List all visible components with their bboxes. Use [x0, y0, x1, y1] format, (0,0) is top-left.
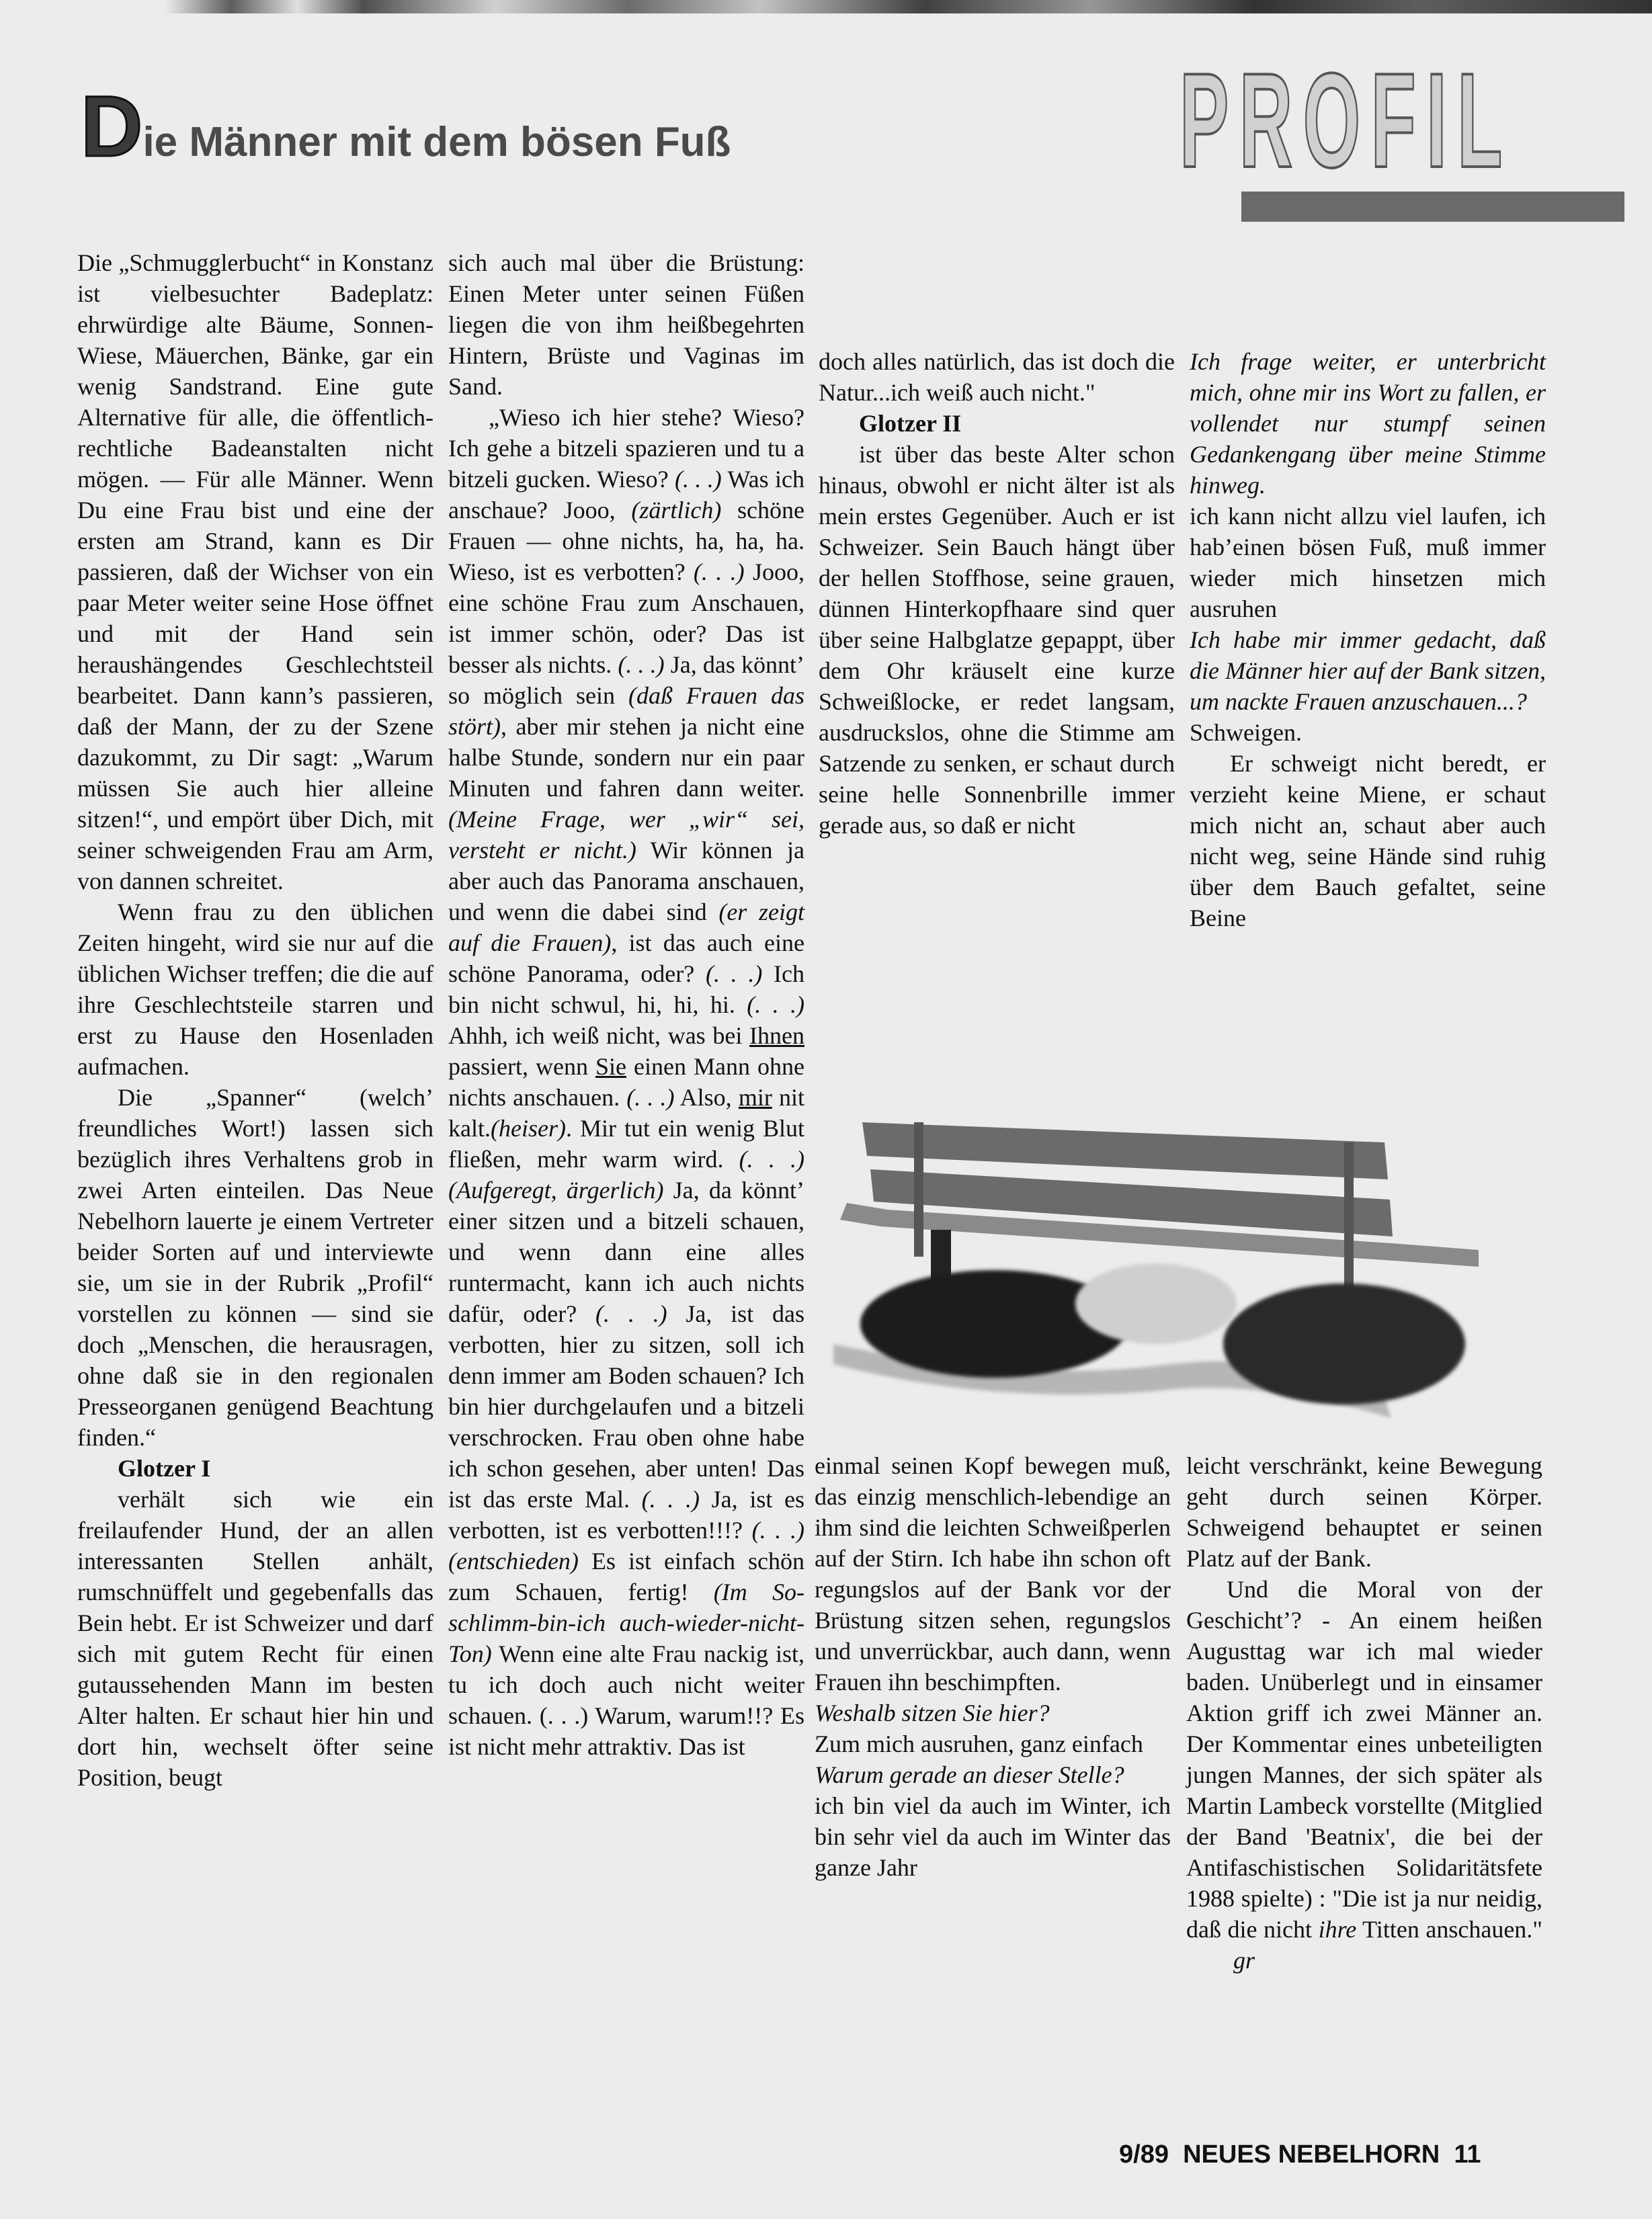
stage-direction: (heiser) — [491, 1115, 566, 1142]
paragraph: doch alles natürlich, das ist doch die N… — [819, 346, 1175, 408]
interview-quote-glotzer-1: „Wieso ich hier stehe? Wieso? Ich gehe a… — [448, 402, 804, 1762]
section-label-bar — [1241, 192, 1624, 222]
interviewer-question: Weshalb sitzen Sie hier? — [815, 1698, 1171, 1728]
paragraph: Wenn frau zu den üblichen Zeiten hingeht… — [77, 896, 433, 1082]
paragraph: Die „Schmugglerbucht“ in Konstanz ist vi… — [77, 247, 433, 896]
paragraph: Er schweigt nicht beredt, er verzieht ke… — [1190, 748, 1546, 933]
publication-name: NEUES NEBELHORN — [1183, 2140, 1440, 2169]
paragraph: Schweigen. — [1190, 717, 1546, 748]
stage-direction: (. . .) — [694, 558, 745, 585]
paragraph-moral: Und die Moral von der Geschicht’? - An e… — [1186, 1574, 1542, 1976]
paragraph-text: Und die Moral von der Geschicht’? - An e… — [1186, 1576, 1542, 1943]
bench-photo — [820, 1082, 1505, 1438]
quote-text: , aber mir stehen ja nicht eine halbe St… — [448, 713, 804, 802]
stage-direction: (zärtlich) — [631, 497, 721, 524]
subheading-glotzer-2: Glotzer II — [819, 408, 1175, 439]
paragraph: sich auch mal über die Brüstung: Einen M… — [448, 247, 804, 402]
stage-direction: (. . .) — [595, 1300, 667, 1327]
article-column-2: sich auch mal über die Brüstung: Einen M… — [448, 247, 804, 1762]
underlined-emphasis: mir — [739, 1084, 772, 1111]
quote-text: Ja, ist das verbotten, hier zu sitzen, s… — [448, 1300, 804, 1513]
stage-direction: (. . .) — [642, 1486, 700, 1513]
scan-edge-strip — [0, 0, 1652, 13]
article-column-3-bottom: einmal seinen Kopf bewegen muß, das einz… — [815, 1450, 1171, 1883]
headline-dropcap: D — [81, 79, 142, 175]
stage-direction: (. . .) — [747, 991, 804, 1018]
emphasis: ihre — [1319, 1916, 1357, 1943]
quote-text: Also, — [675, 1084, 739, 1111]
interviewee-answer: ich bin viel da auch im Winter, ich bin … — [815, 1790, 1171, 1883]
article-column-1: Die „Schmugglerbucht“ in Konstanz ist vi… — [77, 247, 433, 1793]
issue-number: 9/89 — [1119, 2140, 1169, 2169]
paragraph: ist über das beste Alter schon hinaus, o… — [819, 439, 1175, 841]
underlined-emphasis: Sie — [595, 1053, 626, 1080]
section-label-profil: PROFIL — [1180, 54, 1513, 188]
paragraph: verhält sich wie ein freilaufender Hund,… — [77, 1484, 433, 1793]
underlined-emphasis: Ihnen — [749, 1022, 804, 1049]
stage-direction: (. . .) — [626, 1084, 674, 1111]
stage-direction: (. . .) — [675, 466, 722, 493]
subheading-glotzer-1: Glotzer I — [77, 1453, 433, 1484]
quote-text: Wenn eine alte Frau nackig ist, tu ich d… — [448, 1640, 804, 1760]
quote-text: passiert, wenn — [448, 1053, 595, 1080]
page-number: 11 — [1454, 2140, 1481, 2169]
article-column-3-top: doch alles natürlich, das ist doch die N… — [819, 346, 1175, 841]
author-signature: gr — [1233, 1947, 1255, 1974]
interviewer-question: Ich frage weiter, er unterbricht mich, o… — [1190, 346, 1546, 501]
stage-direction: (. . .) — [706, 960, 762, 987]
headline-text: ie Männer mit dem bösen Fuß — [142, 119, 731, 165]
headline: Die Männer mit dem bösen Fuß — [81, 84, 731, 170]
stage-direction: (. . .) — [618, 651, 664, 678]
article-column-4-bottom: leicht verschränkt, keine Bewegung geht … — [1186, 1450, 1542, 1976]
paragraph: einmal seinen Kopf bewegen muß, das einz… — [815, 1450, 1171, 1698]
paragraph: Die „Spanner“ (welch’ freundliches Wort!… — [77, 1082, 433, 1453]
page-footer: 9/89 NEUES NEBELHORN 11 — [1119, 2140, 1481, 2169]
interviewee-answer: ich kann nicht allzu viel laufen, ich ha… — [1190, 501, 1546, 624]
paragraph: leicht verschränkt, keine Bewegung geht … — [1186, 1450, 1542, 1574]
park-bench-image — [820, 1082, 1505, 1438]
article-column-4-top: Ich frage weiter, er unterbricht mich, o… — [1190, 346, 1546, 933]
paragraph-text-end: Titten anschauen." — [1356, 1916, 1542, 1943]
quote-text: Ahhh, ich weiß nicht, was bei — [448, 1022, 749, 1049]
interviewer-question: Ich habe mir immer gedacht, daß die Männ… — [1190, 624, 1546, 717]
interviewer-question: Warum gerade an dieser Stelle? — [815, 1759, 1171, 1790]
interviewee-answer: Zum mich ausruhen, ganz einfach — [815, 1728, 1171, 1759]
